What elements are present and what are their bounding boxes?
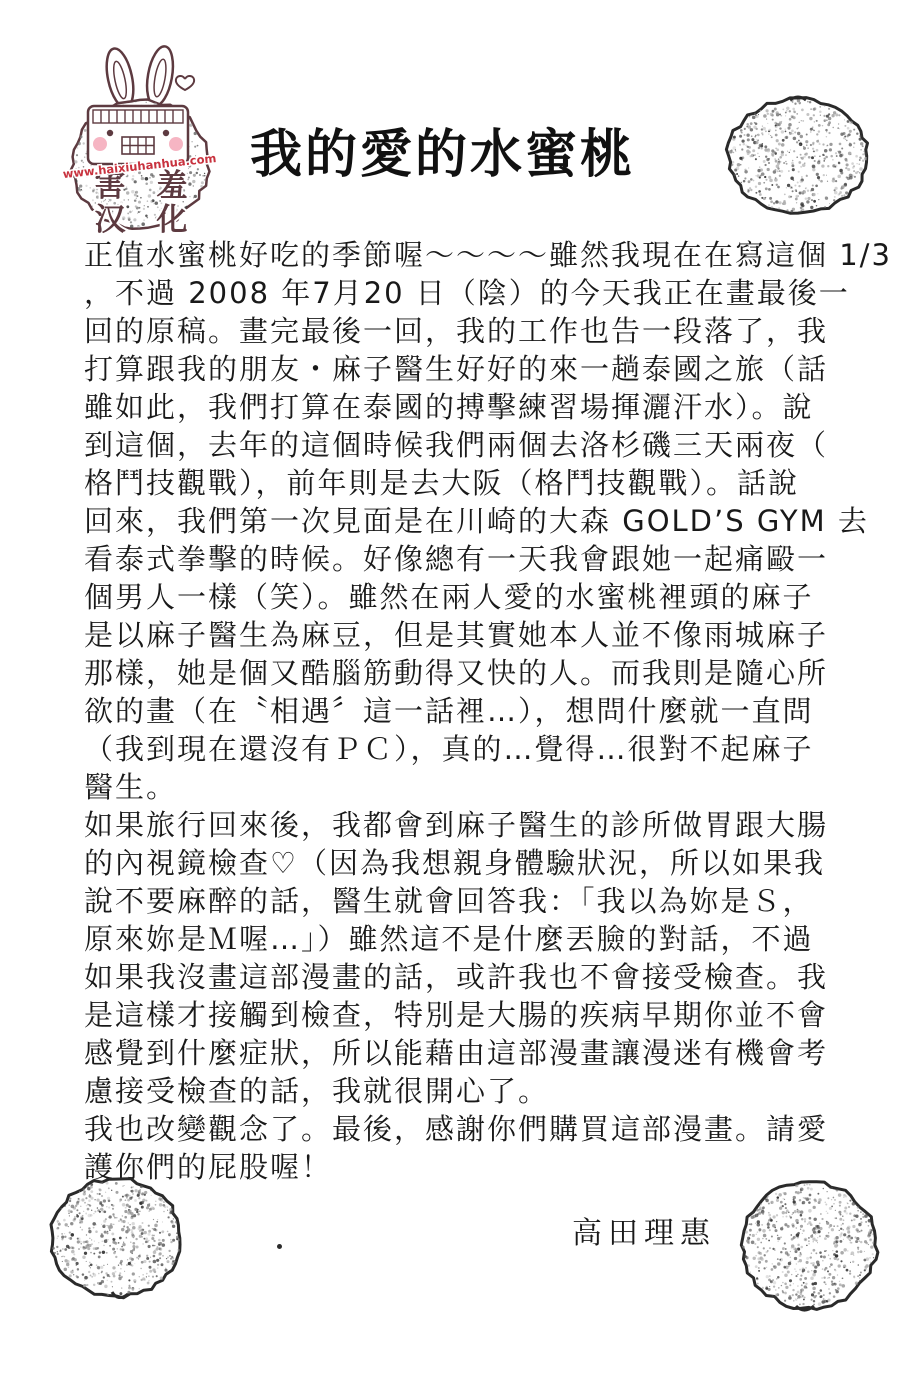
text-line: 個男人一樣（笑）。雖然在兩人愛的水蜜桃裡頭的麻子 — [84, 578, 854, 616]
author-signature: 高田理惠 — [572, 1208, 716, 1252]
scanlation-logo: 害 羞 汉 化 www.haixiuhanhua.com — [54, 44, 230, 244]
manga-afterword-page: { "page": { "width": 900, "height": 1390… — [0, 0, 900, 1390]
logo-char-3: 汉 — [95, 202, 127, 238]
text-line: 醫生。 — [84, 768, 854, 806]
text-line: 說不要麻醉的話，醫生就會回答我：「我以為妳是Ｓ， — [84, 882, 854, 920]
text-line: 我也改變觀念了。最後，感謝你們購買這部漫畫。請愛 — [84, 1110, 854, 1148]
logo-peach-rabbit: 害 羞 汉 化 www.haixiuhanhua.com — [54, 44, 230, 244]
text-line: 原來妳是Ｍ喔…」）雖然這不是什麼丟臉的對話，不過 — [84, 920, 854, 958]
text-line: 回來，我們第一次見面是在川崎的大森 GOLD’S GYM 去 — [84, 502, 854, 540]
afterword-text: 正值水蜜桃好吃的季節喔～～～～雖然我現在在寫這個 1/3，不過 2008 年7月… — [84, 236, 854, 1186]
text-line: 欲的畫（在〝相遇〞這一話裡…），想問什麼就一直問 — [84, 692, 854, 730]
text-line: 打算跟我的朋友・麻子醫生好好的來一趟泰國之旅（話 — [84, 350, 854, 388]
logo-char-2: 羞 — [157, 168, 188, 204]
text-line: ，不過 2008 年7月20 日（陰）的今天我正在畫最後一 — [84, 274, 854, 312]
peach-illustration-bottom-left — [46, 1176, 188, 1304]
text-line: 格鬥技觀戰），前年則是去大阪（格鬥技觀戰）。話說 — [84, 464, 854, 502]
text-line: 到這個，去年的這個時候我們兩個去洛杉磯三天兩夜（ — [84, 426, 854, 464]
text-line: 回的原稿。畫完最後一回，我的工作也告一段落了，我 — [84, 312, 854, 350]
text-line: 看泰式拳擊的時候。好像總有一天我會跟她一起痛毆一 — [84, 540, 854, 578]
peach-illustration-top-right — [722, 94, 874, 220]
text-line: 如果我沒畫這部漫畫的話，或許我也不會接受檢查。我 — [84, 958, 854, 996]
text-line: 是這樣才接觸到檢查，特別是大腸的疾病早期你並不會 — [84, 996, 854, 1034]
logo-char-4: 化 — [156, 202, 188, 238]
text-line: 是以麻子醫生為麻豆，但是其實她本人並不像雨城麻子 — [84, 616, 854, 654]
text-line: 慮接受檢查的話，我就很開心了。 — [84, 1072, 854, 1110]
text-line: 感覺到什麼症狀，所以能藉由這部漫畫讓漫迷有機會考 — [84, 1034, 854, 1072]
text-line: 那樣，她是個又酷腦筋動得又快的人。而我則是隨心所 — [84, 654, 854, 692]
text-line: 雖如此，我們打算在泰國的搏擊練習場揮灑汗水）。說 — [84, 388, 854, 426]
text-line: （我到現在還沒有ＰＣ），真的…覺得…很對不起麻子 — [84, 730, 854, 768]
heart-icon — [176, 76, 194, 90]
ink-speck — [277, 1244, 282, 1249]
page-title: 我的愛的水蜜桃 — [250, 112, 670, 187]
text-line: 如果旅行回來後，我都會到麻子醫生的診所做胃跟大腸 — [84, 806, 854, 844]
peach-illustration-bottom-right — [736, 1178, 884, 1320]
text-line: 的內視鏡檢查♡（因為我想親身體驗狀況，所以如果我 — [84, 844, 854, 882]
text-line: 正值水蜜桃好吃的季節喔～～～～雖然我現在在寫這個 1/3 — [84, 236, 854, 274]
rabbit-face-icon — [88, 76, 194, 164]
